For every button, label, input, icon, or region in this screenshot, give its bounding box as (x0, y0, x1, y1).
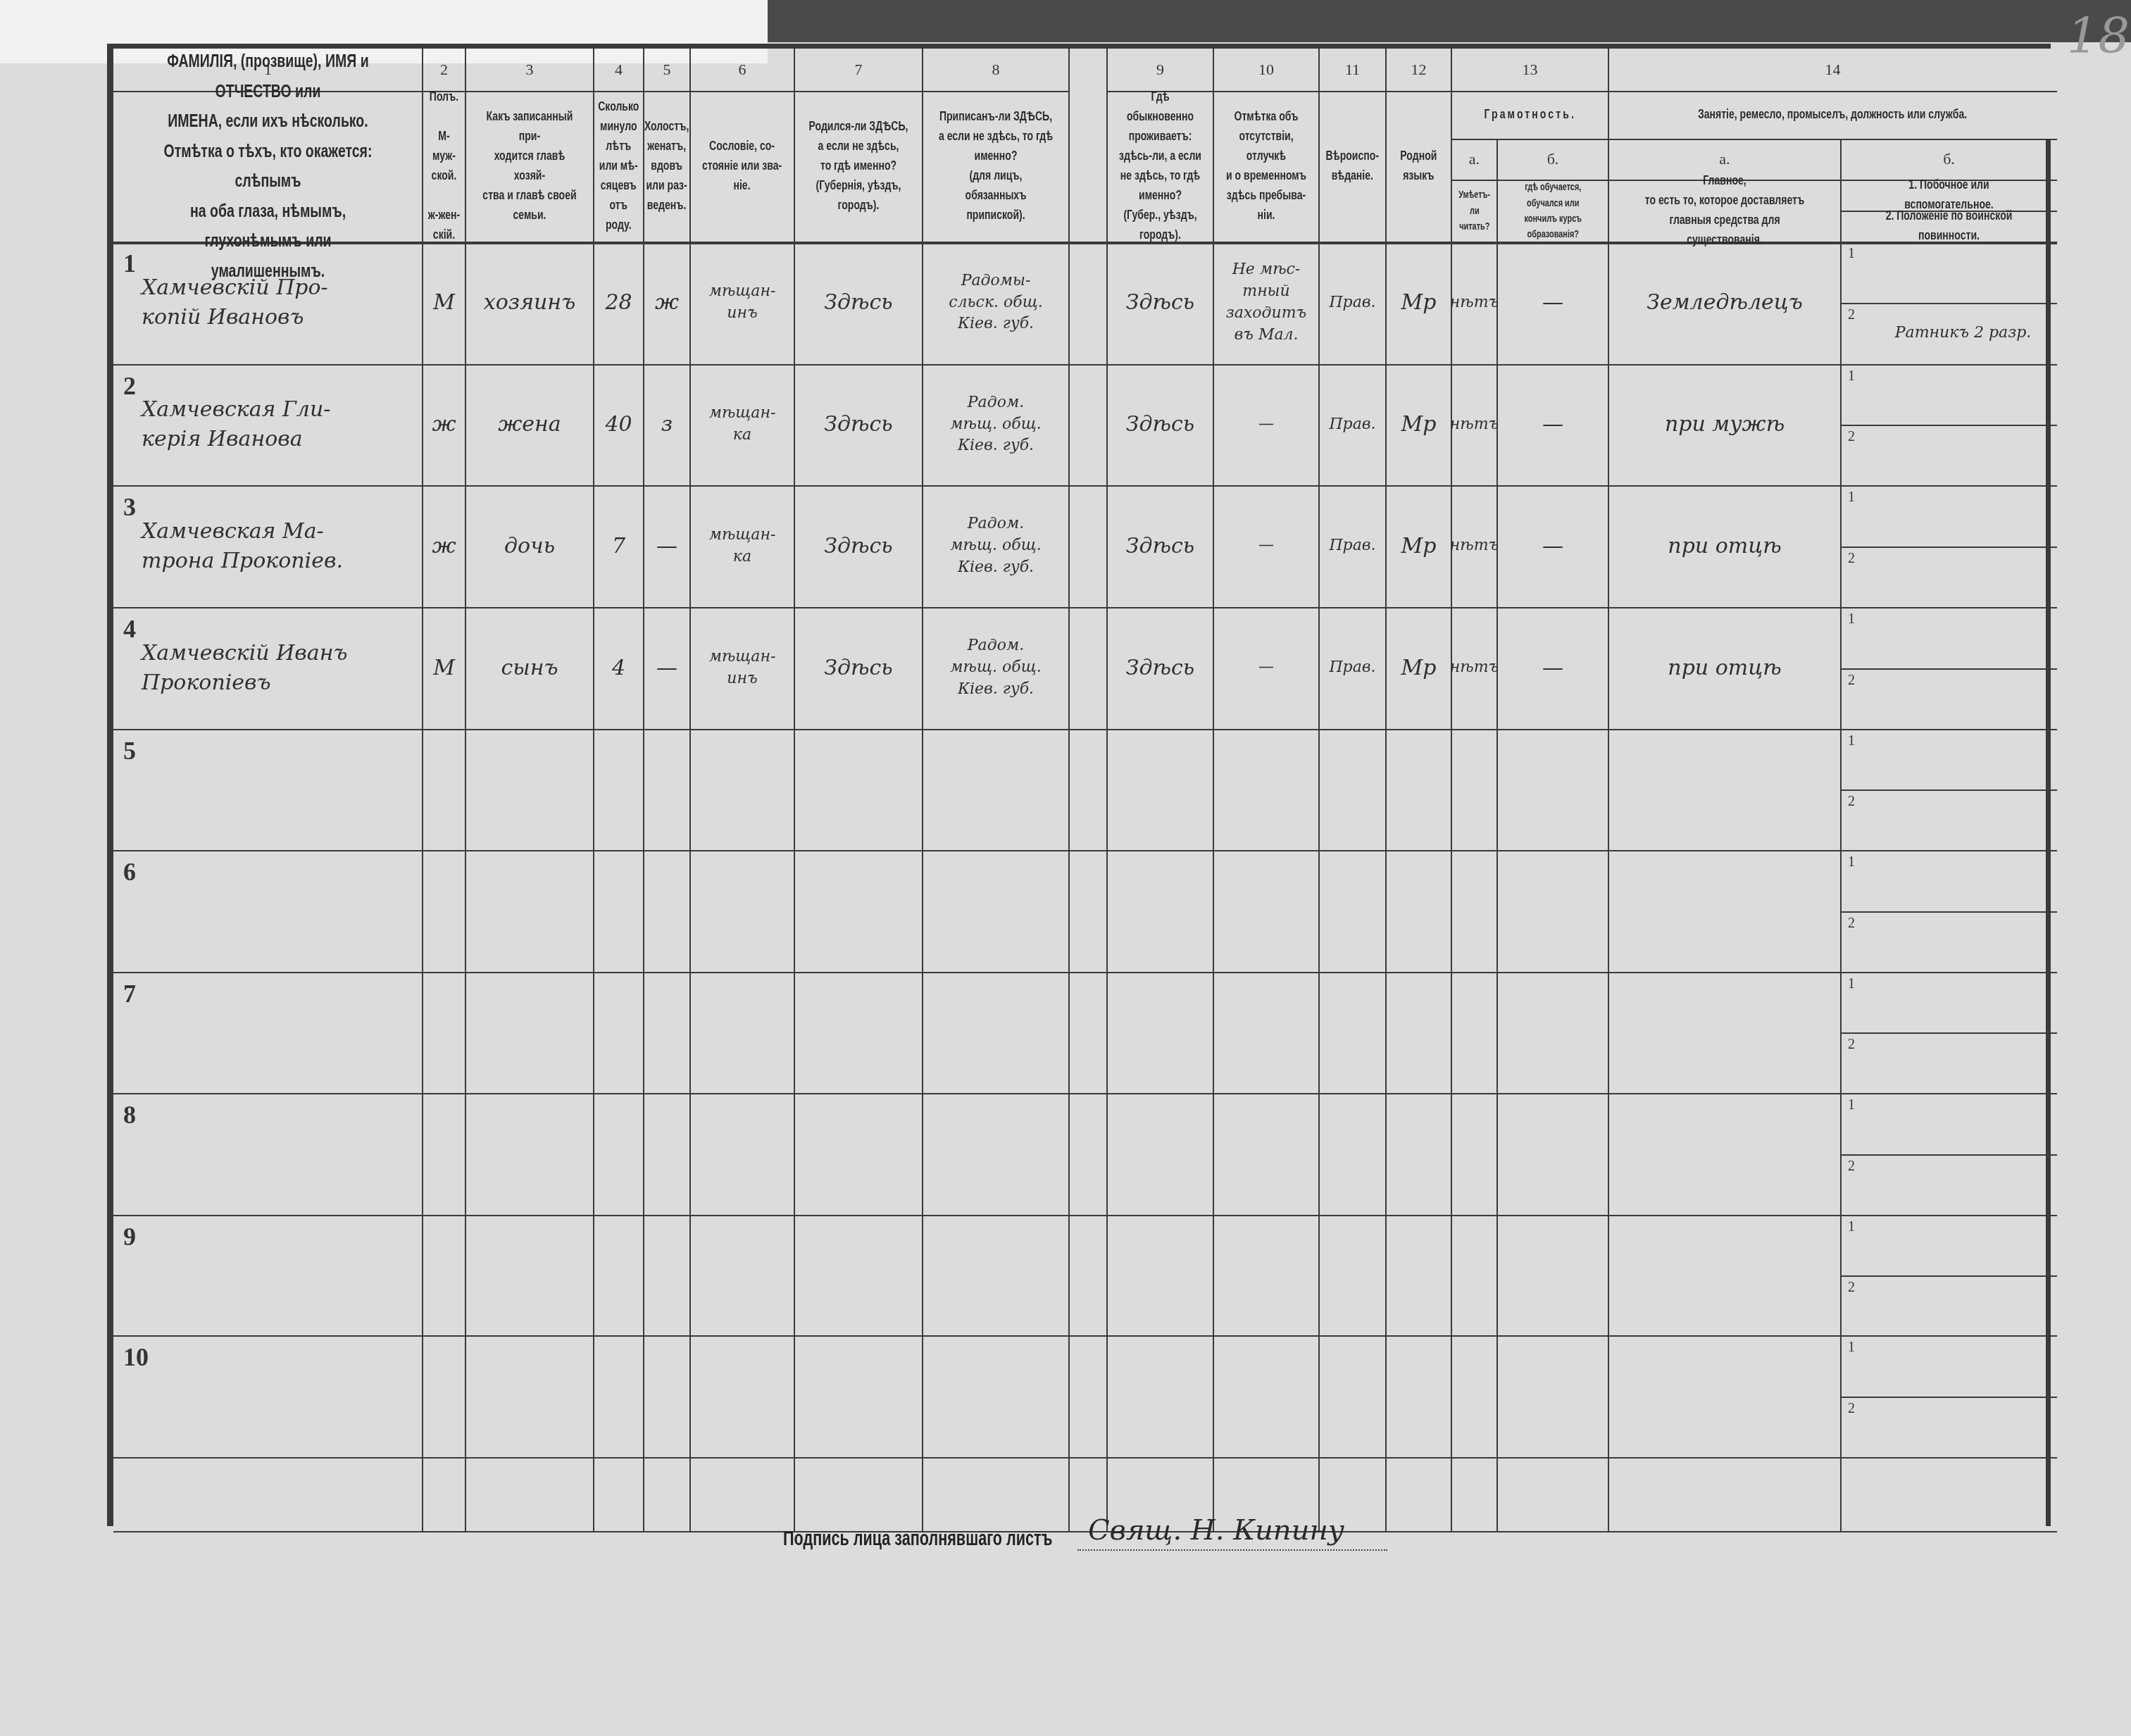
cell-religion: Прав. (1319, 242, 1386, 364)
sub-row-2-label: 2 (1848, 307, 1855, 323)
cell-value: сынъ (501, 654, 558, 683)
cell-name: Хамчевскій Иванъ Прокопіевъ (113, 607, 423, 729)
row-divider (1841, 1032, 2057, 1034)
signature-value: Свящ. Н. Кипину (1088, 1514, 1344, 1547)
cell-value: мѣщан- инъ (709, 647, 776, 690)
column-header: Умѣетъ- ли читать? (1451, 180, 1497, 242)
cell-born: Здѣсь (794, 607, 923, 729)
column-number: 11 (1319, 49, 1386, 91)
cell-name: Хамчевская Гли- керія Иванова (113, 364, 423, 485)
column-number-text: 14 (1825, 61, 1841, 79)
column-number: 6 (690, 49, 794, 91)
column-number (1069, 49, 1107, 91)
column-header: Холостъ, женатъ, вдовъ или раз- веденъ. (644, 91, 690, 242)
column-number: 10 (1213, 49, 1319, 91)
cell-value: — (1258, 657, 1274, 679)
column-header-text: Холостъ, женатъ, вдовъ или раз- веденъ. (644, 117, 689, 215)
row-divider (113, 729, 2057, 730)
cell-extra (1069, 364, 1107, 485)
cell-value: ж (655, 288, 679, 318)
cell-value: ж (432, 410, 456, 439)
sub-row-2-label: 2 (1848, 429, 1855, 445)
column-header-text: Главное, то есть то, которое доставляетъ… (1634, 171, 1815, 250)
cell-born: Здѣсь (794, 242, 923, 364)
cell-name: Хамчевская Ма- трона Прокопіев. (113, 485, 423, 607)
cell-value: — (1542, 532, 1563, 561)
cell-occupation-main: Земледѣлецъ (1608, 242, 1841, 364)
cell-value: Ратникъ 2 разр. (1895, 323, 2032, 344)
column-header: Гдѣ обыкновенно проживаетъ: здѣсь-ли, а … (1107, 91, 1213, 242)
cell-age: 40 (594, 364, 644, 485)
cell-value: Прав. (1329, 414, 1375, 436)
cell-value: мѣщан- инъ (709, 281, 776, 325)
cell-resides: Здѣсь (1107, 242, 1213, 364)
cell-value: — (1258, 535, 1274, 557)
row-divider (1841, 547, 2057, 548)
cell-value: Мр (1401, 288, 1437, 318)
row-divider (113, 1457, 2057, 1459)
cell-value: Радом. мѣщ. общ. Кiев. губ. (950, 392, 1041, 457)
cell-registered: Радом. мѣщ. общ. Кiев. губ. (923, 607, 1069, 729)
cell-military-status: Ратникъ 2 разр. (1869, 303, 2057, 364)
column-number: 8 (923, 49, 1069, 91)
sub-row-2-label: 2 (1848, 916, 1855, 932)
column-header: ФАМИЛІЯ, (прозвище), ИМЯ и ОТЧЕСТВО или … (113, 91, 423, 242)
cell-marital: з (644, 364, 690, 485)
column-header: Полъ. М-муж- ской. ж-жен- скій. (423, 91, 465, 242)
column-number-text: 2 (440, 61, 448, 79)
column-header-text: Умѣетъ- ли читать? (1458, 187, 1490, 234)
cell-marital: — (644, 485, 690, 607)
cell-born: Здѣсь (794, 485, 923, 607)
cell-occupation-main: при отцѣ (1608, 485, 1841, 607)
sub-label: б. (1841, 139, 2057, 180)
row-divider (113, 1215, 2057, 1216)
column-header: Сколько минуло лѣтъ или мѣ- сяцевъ отъ р… (594, 91, 644, 242)
cell-education: — (1497, 242, 1608, 364)
sub-label-text: б. (1547, 150, 1559, 168)
cell-value: — (1542, 288, 1563, 318)
cell-value: мѣщан- ка (709, 525, 776, 568)
row-number: 6 (123, 857, 136, 887)
cell-value: — (1542, 654, 1563, 683)
column-header: Родной языкъ (1386, 91, 1451, 242)
column-number-text: 3 (526, 61, 534, 79)
column-number: 7 (794, 49, 923, 91)
cell-value: при мужѣ (1665, 410, 1785, 439)
column-header: Приписанъ-ли ЗДѢСЬ, а если не здѣсь, то … (923, 91, 1069, 242)
cell-resides: Здѣсь (1107, 485, 1213, 607)
column-number-text: 5 (663, 61, 671, 79)
row-divider (1841, 1154, 2057, 1156)
sub-row-2-label: 2 (1848, 1401, 1855, 1417)
cell-value: — (656, 654, 677, 683)
sub-row-1-label: 1 (1848, 733, 1855, 749)
cell-language: Мр (1386, 364, 1451, 485)
column-header: Сословіе, со- стояніе или зва- ніе. (690, 91, 794, 242)
column-number: 14 (1608, 49, 2057, 91)
sub-label-text: а. (1719, 150, 1730, 168)
group-header-text: Грамотность. (1484, 105, 1576, 125)
row-number: 9 (123, 1222, 136, 1251)
cell-value: при отцѣ (1668, 654, 1781, 683)
column-header: Отмѣтка объ отсутствіи, отлучкѣ и о врем… (1213, 91, 1319, 242)
cell-value: Земледѣлецъ (1646, 288, 1802, 318)
cell-value: — (1258, 414, 1274, 436)
row-divider (1841, 1397, 2057, 1398)
cell-reads: нѣтъ (1451, 364, 1497, 485)
cell-value: жена (498, 410, 561, 439)
cell-value: Мр (1401, 654, 1437, 683)
sub-row-2-label: 2 (1848, 794, 1855, 810)
sub-label-text: б. (1943, 150, 1955, 168)
cell-value: 40 (605, 410, 632, 439)
cell-absence: — (1213, 607, 1319, 729)
sub-row-2-label: 2 (1848, 673, 1855, 689)
cell-estate: мѣщан- инъ (690, 242, 794, 364)
cell-value: Прав. (1329, 292, 1375, 314)
cell-value: ж (432, 532, 456, 561)
cell-value: Радом. мѣщ. общ. Кiев. губ. (950, 635, 1041, 700)
cell-value: Здѣсь (824, 410, 892, 439)
column-header-text: Родной языкъ (1400, 146, 1437, 186)
row-divider (113, 1093, 2057, 1094)
cell-extra (1069, 485, 1107, 607)
column-header-text: Отмѣтка объ отсутствіи, отлучкѣ и о врем… (1225, 107, 1308, 225)
sub-row-1-label: 1 (1848, 368, 1855, 385)
row-divider (113, 850, 2057, 851)
sub-row-1-label: 1 (1848, 489, 1855, 506)
cell-value: Хамчевскій Иванъ Прокопіевъ (142, 639, 347, 698)
column-header-text: Сословіе, со- стояніе или зва- ніе. (702, 137, 782, 196)
column-number-text: 11 (1345, 61, 1360, 79)
cell-registered: Радом. мѣщ. общ. Кiев. губ. (923, 364, 1069, 485)
column-header-text: Какъ записанный при- ходится главѣ хозяй… (480, 107, 580, 225)
sub-row-1-label: 1 (1848, 1097, 1855, 1113)
cell-absence: — (1213, 364, 1319, 485)
sub-row-1-label: 1 (1848, 611, 1855, 627)
column-number: 3 (465, 49, 594, 91)
sub-row-1-label: 1 (1848, 976, 1855, 992)
cell-relation: жена (465, 364, 594, 485)
column-number-text: 10 (1258, 61, 1274, 79)
row-divider (1841, 668, 2057, 670)
sub-label: а. (1451, 139, 1497, 180)
cell-born: Здѣсь (794, 364, 923, 485)
cell-registered: Радомы- сльск. общ. Кiев. губ. (923, 242, 1069, 364)
sub-row-2-label: 2 (1848, 1280, 1855, 1296)
cell-estate: мѣщан- ка (690, 485, 794, 607)
cell-value: Здѣсь (1126, 654, 1194, 683)
cell-religion: Прав. (1319, 364, 1386, 485)
row-divider (1841, 789, 2057, 791)
column-header-text: Приписанъ-ли ЗДѢСЬ, а если не здѣсь, то … (939, 107, 1053, 225)
cell-relation: сынъ (465, 607, 594, 729)
column-header (1069, 91, 1107, 242)
row-divider (113, 972, 2057, 973)
column-number: 13 (1451, 49, 1608, 91)
column-header-text: Вѣроиспо- вѣданіе. (1326, 146, 1379, 186)
cell-occupation-main: при мужѣ (1608, 364, 1841, 485)
cell-value: нѣтъ (1450, 535, 1499, 557)
cell-value: М (433, 654, 455, 683)
cell-value: при отцѣ (1668, 532, 1781, 561)
column-header-text: гдѣ обучается, обучался или кончилъ курс… (1524, 179, 1582, 242)
census-table: 1ФАМИЛІЯ, (прозвище), ИМЯ и ОТЧЕСТВО или… (107, 44, 2051, 1526)
page-number: 18 (2067, 7, 2130, 65)
cell-occupation-main: при отцѣ (1608, 607, 1841, 729)
row-number: 5 (123, 736, 136, 766)
group-header-text: Занятіе, ремесло, промыселъ, должность и… (1698, 105, 1967, 125)
column-number: 4 (594, 49, 644, 91)
cell-value: Здѣсь (1126, 288, 1194, 318)
cell-absence: Не мѣс- тный заходитъ въ Мал. (1213, 242, 1319, 364)
cell-value: нѣтъ (1450, 657, 1499, 679)
cell-resides: Здѣсь (1107, 607, 1213, 729)
cell-relation: хозяинъ (465, 242, 594, 364)
cell-extra (1069, 242, 1107, 364)
column-number: 2 (423, 49, 465, 91)
cell-age: 4 (594, 607, 644, 729)
cell-value: 28 (605, 288, 632, 318)
cell-extra (1069, 607, 1107, 729)
cell-value: Хамчевская Гли- керія Иванова (142, 395, 330, 454)
cell-marital: — (644, 607, 690, 729)
row-divider (1841, 911, 2057, 913)
row-divider (1841, 425, 2057, 426)
column-number-text: 12 (1411, 61, 1427, 79)
row-divider (1841, 1275, 2057, 1277)
signature-line (1077, 1549, 1387, 1551)
cell-value: Здѣсь (1126, 532, 1194, 561)
row-number: 8 (123, 1100, 136, 1130)
column-header-text: Гдѣ обыкновенно проживаетъ: здѣсь-ли, а … (1119, 87, 1202, 244)
cell-value: нѣтъ (1450, 292, 1499, 314)
cell-sex: М (423, 242, 465, 364)
cell-sex: ж (423, 485, 465, 607)
cell-value: мѣщан- ка (709, 403, 776, 447)
cell-value: Мр (1401, 410, 1437, 439)
column-header: Главное, то есть то, которое доставляетъ… (1608, 180, 1841, 242)
sub-label: б. (1497, 139, 1608, 180)
cell-language: Мр (1386, 607, 1451, 729)
cell-sex: М (423, 607, 465, 729)
column-header: Какъ записанный при- ходится главѣ хозяй… (465, 91, 594, 242)
cell-value: Хамчевская Ма- трона Прокопіев. (142, 517, 343, 576)
cell-value: Мр (1401, 532, 1437, 561)
column-number-text: 8 (992, 61, 1000, 79)
sub-label-text: а. (1469, 150, 1480, 168)
cell-age: 28 (594, 242, 644, 364)
sub-row-1-label: 1 (1848, 1219, 1855, 1235)
cell-registered: Радом. мѣщ. общ. Кiев. губ. (923, 485, 1069, 607)
row-number: 10 (123, 1342, 149, 1372)
cell-value: Хамчевскій Про- копій Ивановъ (142, 273, 328, 332)
cell-value: Прав. (1329, 535, 1375, 557)
cell-language: Мр (1386, 485, 1451, 607)
cell-value: Радом. мѣщ. общ. Кiев. губ. (950, 513, 1041, 578)
cell-value: Здѣсь (824, 654, 892, 683)
cell-value: Прав. (1329, 657, 1375, 679)
cell-education: — (1497, 607, 1608, 729)
cell-value: Здѣсь (824, 288, 892, 318)
cell-sex: ж (423, 364, 465, 485)
sub-row-1-label: 1 (1848, 854, 1855, 870)
cell-value: Здѣсь (1126, 410, 1194, 439)
cell-religion: Прав. (1319, 607, 1386, 729)
cell-relation: дочь (465, 485, 594, 607)
column-number-text: 7 (855, 61, 863, 79)
cell-value: Не мѣс- тный заходитъ въ Мал. (1226, 259, 1306, 346)
cell-age: 7 (594, 485, 644, 607)
cell-value: нѣтъ (1450, 414, 1499, 436)
cell-value: М (433, 288, 455, 318)
cell-name: Хамчевскій Про- копій Ивановъ (113, 242, 423, 364)
row-number: 7 (123, 979, 136, 1008)
cell-reads: нѣтъ (1451, 485, 1497, 607)
column-header-text: Полъ. М-муж- ской. ж-жен- скій. (427, 87, 461, 244)
column-header: 2. Положеніе по воинской повинности. (1841, 211, 2057, 242)
cell-value: хозяинъ (484, 288, 575, 318)
sub-row-2-label: 2 (1848, 551, 1855, 567)
cell-value: 7 (612, 532, 625, 561)
cell-language: Мр (1386, 242, 1451, 364)
column-header-text: Родился-ли ЗДѢСЬ, а если не здѣсь, то гд… (808, 117, 908, 215)
cell-reads: нѣтъ (1451, 607, 1497, 729)
column-number-text: 4 (615, 61, 623, 79)
cell-value: — (656, 532, 677, 561)
column-number-text: 6 (739, 61, 746, 79)
group-header: Занятіе, ремесло, промыселъ, должность и… (1608, 91, 2057, 139)
column-header: гдѣ обучается, обучался или кончилъ курс… (1497, 180, 1608, 242)
signature-label: Подпись лица заполнявшаго листъ (783, 1527, 1052, 1551)
column-number-text: 13 (1523, 61, 1538, 79)
column-header-text: Сколько минуло лѣтъ или мѣ- сяцевъ отъ р… (598, 97, 639, 235)
sub-row-1-label: 1 (1848, 1340, 1855, 1356)
cell-education: — (1497, 364, 1608, 485)
cell-absence: — (1213, 485, 1319, 607)
row-divider (113, 1335, 2057, 1337)
column-header: Родился-ли ЗДѢСЬ, а если не здѣсь, то гд… (794, 91, 923, 242)
cell-resides: Здѣсь (1107, 364, 1213, 485)
cell-value: 4 (612, 654, 625, 683)
cell-value: дочь (504, 532, 555, 561)
row-divider (113, 1531, 2057, 1532)
column-number: 9 (1107, 49, 1213, 91)
cell-value: з (661, 410, 673, 439)
column-header: Вѣроиспо- вѣданіе. (1319, 91, 1386, 242)
cell-marital: ж (644, 242, 690, 364)
sub-row-2-label: 2 (1848, 1037, 1855, 1053)
cell-estate: мѣщан- инъ (690, 607, 794, 729)
group-header: Грамотность. (1451, 91, 1608, 139)
cell-estate: мѣщан- ка (690, 364, 794, 485)
cell-value: Здѣсь (824, 532, 892, 561)
column-number: 5 (644, 49, 690, 91)
sub-row-2-label: 2 (1848, 1159, 1855, 1175)
cell-value: Радомы- сльск. общ. Кiев. губ. (949, 270, 1042, 335)
cell-value: — (1542, 410, 1563, 439)
cell-reads: нѣтъ (1451, 242, 1497, 364)
cell-religion: Прав. (1319, 485, 1386, 607)
column-number: 12 (1386, 49, 1451, 91)
column-header-text: 2. Положеніе по воинской повинности. (1865, 206, 2033, 246)
cell-education: — (1497, 485, 1608, 607)
sub-row-1-label: 1 (1848, 246, 1855, 262)
column-number-text: 9 (1156, 61, 1164, 79)
